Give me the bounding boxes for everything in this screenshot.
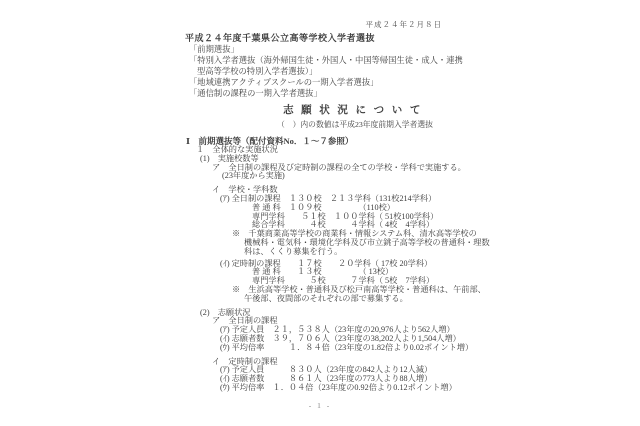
document-page: 平成２４年２月８日 平成２４年度千葉県公立高等学校入学者選抜 「前期選抜」 「特… bbox=[0, 0, 640, 426]
text-line: (ｳ) 平均倍率 １．０４倍（23年度の0.92倍より0.12ポイント増） bbox=[220, 384, 640, 393]
selection-type-line: 「前期選抜」 bbox=[189, 44, 640, 55]
main-heading: 志 願 状 況 に つ い て bbox=[66, 104, 640, 118]
page-number: - 1 - bbox=[0, 401, 640, 410]
text-line: 科は、くくり募集を行う。 bbox=[244, 248, 640, 257]
selection-type-line-wrap: 型高等学校の特別入学者選抜）」 bbox=[197, 66, 640, 77]
selection-type-line: 「特別入学者選抜（海外帰国生徒・外国人・中国等帰国生徒・成人・連携 bbox=[189, 55, 640, 66]
document-date: 平成２４年２月８日 bbox=[0, 20, 442, 29]
selection-type-line: 「通信制の課程の一期入学者選抜」 bbox=[189, 88, 640, 99]
selection-type-line: 「地域連携アクティブスクールの一期入学者選抜」 bbox=[189, 77, 640, 88]
text-line: (ｳ) 平均倍率 １．８４倍（23年度の1.82倍より0.02ポイント増） bbox=[220, 344, 640, 353]
note-previous-year: （ ）内の数値は平成23年度前期入学者選抜 bbox=[277, 120, 640, 130]
subsection-heading: １ 全体的な実施状況 bbox=[196, 146, 640, 155]
document-title: 平成２４年度千葉県公立高等学校入学者選抜 bbox=[185, 33, 640, 44]
text-line: (23年度から実施) bbox=[222, 172, 640, 181]
text-line: 午後部、夜間部のそれぞれの部で募集する。 bbox=[244, 295, 640, 304]
